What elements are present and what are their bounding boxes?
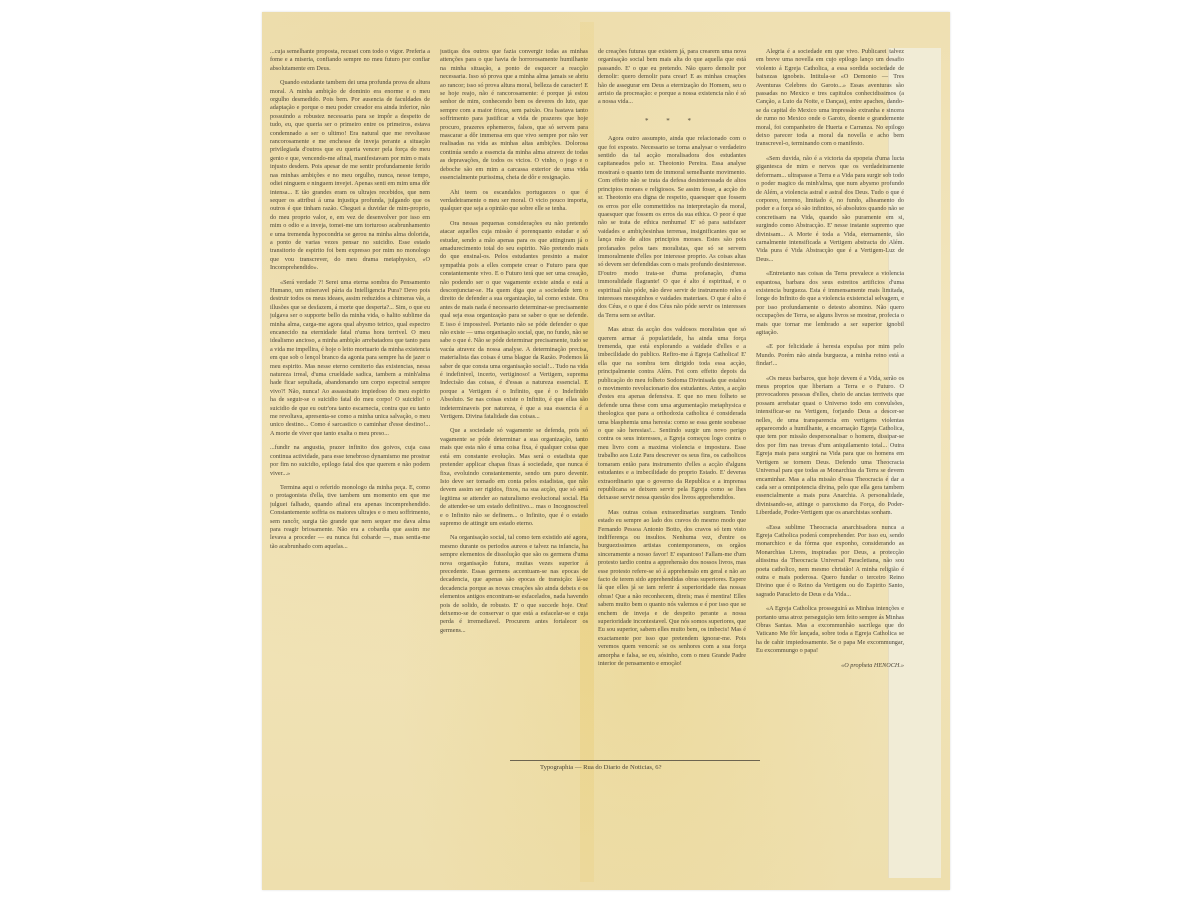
paragraph: Ahi teem os escandalos portuguezes o que… (440, 189, 588, 214)
paragraph: Na organisação social, tal como tem exis… (440, 534, 588, 635)
paragraph: ...fundir na angustia, prazer infinito d… (270, 444, 430, 478)
column-1: ...cuja semelhante proposta, recusei com… (270, 48, 430, 748)
paragraph: Alegria é a sociedade em que vivo. Publi… (756, 48, 904, 149)
paragraph: «Será verdade ?! Serei uma eterna sombra… (270, 279, 430, 439)
paragraph: ...cuja semelhante proposta, recusei com… (270, 48, 430, 73)
paragraph: «Os meus barbaros, que hoje devem é a Vi… (756, 375, 904, 518)
text-columns: ...cuja semelhante proposta, recusei com… (270, 48, 902, 748)
paragraph: Agora outro assumpto, ainda que relacion… (598, 135, 746, 320)
signature: «O propheta HENOCH.» (756, 662, 904, 670)
paragraph: de creações futuras que existem já, para… (598, 48, 746, 107)
footer-rule (510, 760, 760, 761)
column-4: Alegria é a sociedade em que vivo. Publi… (756, 48, 904, 748)
paragraph: «Sem duvida, não é a victoria da epopeia… (756, 155, 904, 264)
printer-imprint: Typographia — Rua do Diario de Noticias,… (540, 764, 662, 771)
section-separator: * * * (598, 117, 746, 125)
paragraph: Termina aqui o referido monologo da minh… (270, 484, 430, 551)
column-3: de creações futuras que existem já, para… (598, 48, 746, 748)
paragraph: justiças dos outros que fazia convergir … (440, 48, 588, 183)
paragraph: «A Egreja Catholica prosseguirá as Minha… (756, 605, 904, 655)
paragraph: «E por felicidade á heresia expulsa por … (756, 343, 904, 368)
paragraph: «Entretanto nas coisas da Terra prevalec… (756, 270, 904, 337)
paragraph: Mas outras coisas extraordinarias surgir… (598, 509, 746, 669)
paragraph: Ora nessas pequenas considerações eu não… (440, 220, 588, 422)
paragraph: Mas atraz da acção dos valdosos moralist… (598, 326, 746, 503)
column-2: justiças dos outros que fazia convergir … (440, 48, 588, 748)
paragraph: «Essa sublime Theocracia anarchisadora n… (756, 524, 904, 600)
paragraph: Quando estudante tambem dei uma profunda… (270, 79, 430, 272)
paragraph: Que a sociedade só vagamente se defenda,… (440, 427, 588, 528)
